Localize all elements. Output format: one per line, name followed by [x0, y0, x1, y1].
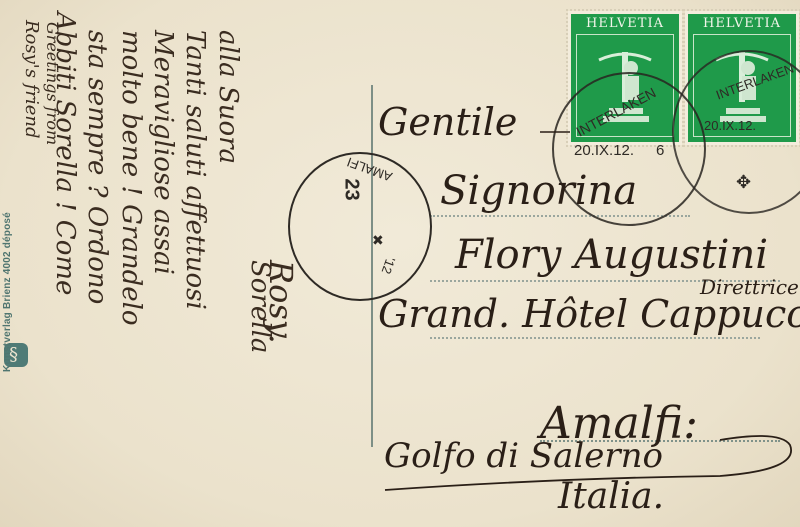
postcard: Kunstverlag Brienz 4002 déposé Abbiti So… — [0, 0, 800, 527]
underline-flourish — [0, 0, 800, 527]
